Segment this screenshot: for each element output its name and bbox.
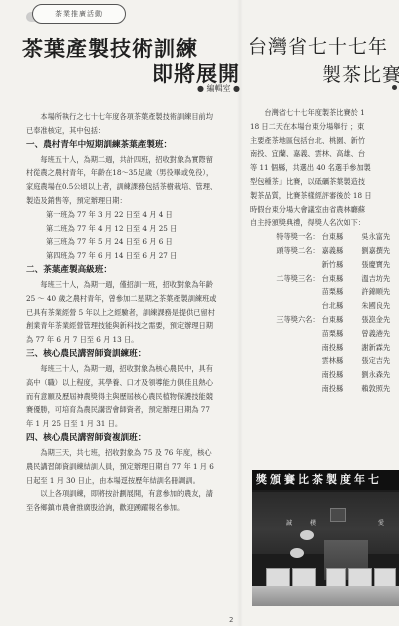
right-article-body: 台灣省七十七年度製茶比賽於 1 18 日二天在本場台東分場舉行 ；東 主要產茶地… xyxy=(250,106,399,396)
award-rank xyxy=(250,299,320,313)
award-rank xyxy=(250,258,320,272)
award-county: 台北縣 xyxy=(320,299,356,313)
audience-foreground xyxy=(252,586,399,606)
award-county: 新竹縣 xyxy=(320,258,356,272)
award-rank xyxy=(250,354,320,368)
schedule-list: 第一班為 77 年 3 月 22 日至 4 月 4 日 第二班為 77 年 4 … xyxy=(26,208,218,263)
award-name: 張定吉先 xyxy=(355,354,399,368)
flower-decoration xyxy=(290,548,304,558)
award-rank: 二等獎三名： xyxy=(250,272,320,286)
award-county: 台東縣 xyxy=(320,230,356,244)
award-row: 二等獎三名： 台東縣 溫吉坊先 xyxy=(250,272,399,286)
award-row: 苗栗縣 曾義港先 xyxy=(250,327,399,341)
section-heading-1: 一、農村青年中短期訓練茶葉產製班： xyxy=(26,138,218,153)
award-name: 劉嘉撰先 xyxy=(355,244,399,258)
award-county: 台東縣 xyxy=(320,272,356,286)
awards-list: 特等獎一名： 台東縣 吳永富先 頭等獎二名： 嘉義縣 劉嘉撰先 新竹縣 張慶寶先… xyxy=(250,230,399,396)
stage-sign: 樸 xyxy=(310,518,316,527)
award-rank xyxy=(250,368,320,382)
body-line: 時假台東分場大會議室由省農林廳蘇 xyxy=(250,203,399,217)
body-line: 等 11 個縣，共選出 40 名選手參加製 xyxy=(250,161,399,175)
section-tag: 茶業推廣活動 xyxy=(32,4,126,24)
award-rank xyxy=(250,341,320,355)
right-article-title-line1: 台灣省七十七年 xyxy=(248,32,399,59)
award-row: 南投縣 劉永森先 xyxy=(250,368,399,382)
award-row: 南投縣 謝新霖先 xyxy=(250,341,399,355)
flower-decoration xyxy=(300,530,314,540)
award-row: 台北縣 朱國良先 xyxy=(250,299,399,313)
award-row: 雲林縣 張定吉先 xyxy=(250,354,399,368)
body-line: 南投、宜蘭、嘉義、雲林、高雄、台 xyxy=(250,147,399,161)
award-county: 南投縣 xyxy=(320,382,356,396)
award-row: 特等獎一名： 台東縣 吳永富先 xyxy=(250,230,399,244)
award-county: 雲林縣 xyxy=(320,354,356,368)
section-body-2: 每班三十人，為期一週，僅招訓一班，招收對象為年齡 25 ～ 40 歲之農村青年，… xyxy=(26,278,218,347)
left-article-byline: ● 編輯室 ● xyxy=(160,83,240,94)
schedule-item: 第二班為 77 年 4 月 12 日至 4 月 25 日 xyxy=(46,222,218,236)
left-article-body: 本場所執行之七十七年度各項茶葉產製技術訓練目前均已奉准核定，其中包括： 一、農村… xyxy=(26,110,218,515)
award-county: 苗栗縣 xyxy=(320,327,356,341)
closing-paragraph: 以上各項訓練，即將按計劃展開，有意參加的農友，請至各鄉鎮市農會推廣股洽詢，歡迎踴… xyxy=(26,487,218,515)
award-name: 曾義港先 xyxy=(355,327,399,341)
award-name: 吳永富先 xyxy=(355,230,399,244)
award-row: 南投縣 賴敦照先 xyxy=(250,382,399,396)
award-rank xyxy=(250,285,320,299)
stage-sign: 誠 xyxy=(286,518,292,527)
section-body-3: 每班三十人，為期一週，招收對象為核心農民中，具有高中（職）以上程度，其學養、口才… xyxy=(26,362,218,431)
award-rank: 特等獎一名： xyxy=(250,230,320,244)
intro-paragraph: 本場所執行之七十七年度各項茶葉產製技術訓練目前均已奉准核定，其中包括： xyxy=(26,110,218,138)
body-line: 台灣省七十七年度製茶比賽於 1 xyxy=(250,106,399,120)
award-row: 苗栗縣 許錦順先 xyxy=(250,285,399,299)
award-rank xyxy=(250,327,320,341)
section-body-4: 為期三天，共七班，招收對象為 75 及 76 年度，核心農民講習師資訓練結訓人員… xyxy=(26,446,218,487)
stage-sign: 愛 xyxy=(378,518,384,527)
award-rank: 三等獎六名： xyxy=(250,313,320,327)
award-row: 新竹縣 張慶寶先 xyxy=(250,258,399,272)
section-heading-4: 四、核心農民講習師資複訓班： xyxy=(26,431,218,446)
flag-emblem xyxy=(330,508,346,522)
award-county: 南投縣 xyxy=(320,341,356,355)
award-row: 頭等獎二名： 嘉義縣 劉嘉撰先 xyxy=(250,244,399,258)
award-rank xyxy=(250,382,320,396)
schedule-item: 第一班為 77 年 3 月 22 日至 4 月 4 日 xyxy=(46,208,218,222)
award-name: 溫吉坊先 xyxy=(355,272,399,286)
award-name: 張崑金先 xyxy=(355,313,399,327)
body-line: 製茶品質，比賽茶樣經評審後於 18 日 xyxy=(250,189,399,203)
right-article-title-line2: 製茶比賽 xyxy=(322,60,399,87)
page-number: 2 xyxy=(229,616,233,624)
body-line: 主要產茶地區包括台北、桃園、新竹 xyxy=(250,134,399,148)
award-county: 南投縣 xyxy=(320,368,356,382)
magazine-page: 茶業推廣活動 茶葉產製技術訓練 即將展開 ● 編輯室 ● 本場所執行之七十七年度… xyxy=(0,0,399,626)
section-body-1: 每班五十人，為期二週，共計四班，招收對象為實際留村從農之農村青年，年齡在18～3… xyxy=(26,153,218,208)
award-name: 劉永森先 xyxy=(355,368,399,382)
award-ceremony-photo: 獎頒賽比茶製度年七 誠 樸 愛 xyxy=(252,470,399,606)
award-county: 苗栗縣 xyxy=(320,285,356,299)
section-heading-3: 三、核心農民講習師資訓練班： xyxy=(26,347,218,362)
schedule-item: 第三班為 77 年 5 月 24 日至 6 月 6 日 xyxy=(46,235,218,249)
body-line: 18 日二天在本場台東分場舉行 ；東 xyxy=(250,120,399,134)
award-name: 張慶寶先 xyxy=(355,258,399,272)
award-name: 許錦順先 xyxy=(355,285,399,299)
award-name: 朱國良先 xyxy=(355,299,399,313)
award-name: 謝新霖先 xyxy=(355,341,399,355)
award-county: 嘉義縣 xyxy=(320,244,356,258)
body-line: 型包種茶」比賽，以砥礪茶葉製造技 xyxy=(250,175,399,189)
body-line: 自主持頒獎典禮，得獎人名次如下： xyxy=(250,216,399,230)
byline-bullet-icon xyxy=(392,85,397,90)
award-row: 三等獎六名： 台東縣 張崑金先 xyxy=(250,313,399,327)
award-rank: 頭等獎二名： xyxy=(250,244,320,258)
section-heading-2: 二、茶葉產製高級班： xyxy=(26,263,218,278)
schedule-item: 第四班為 77 年 6 月 14 日至 6 月 27 日 xyxy=(46,249,218,263)
ceremony-banner: 獎頒賽比茶製度年七 xyxy=(252,470,399,490)
award-name: 賴敦照先 xyxy=(355,382,399,396)
award-county: 台東縣 xyxy=(320,313,356,327)
